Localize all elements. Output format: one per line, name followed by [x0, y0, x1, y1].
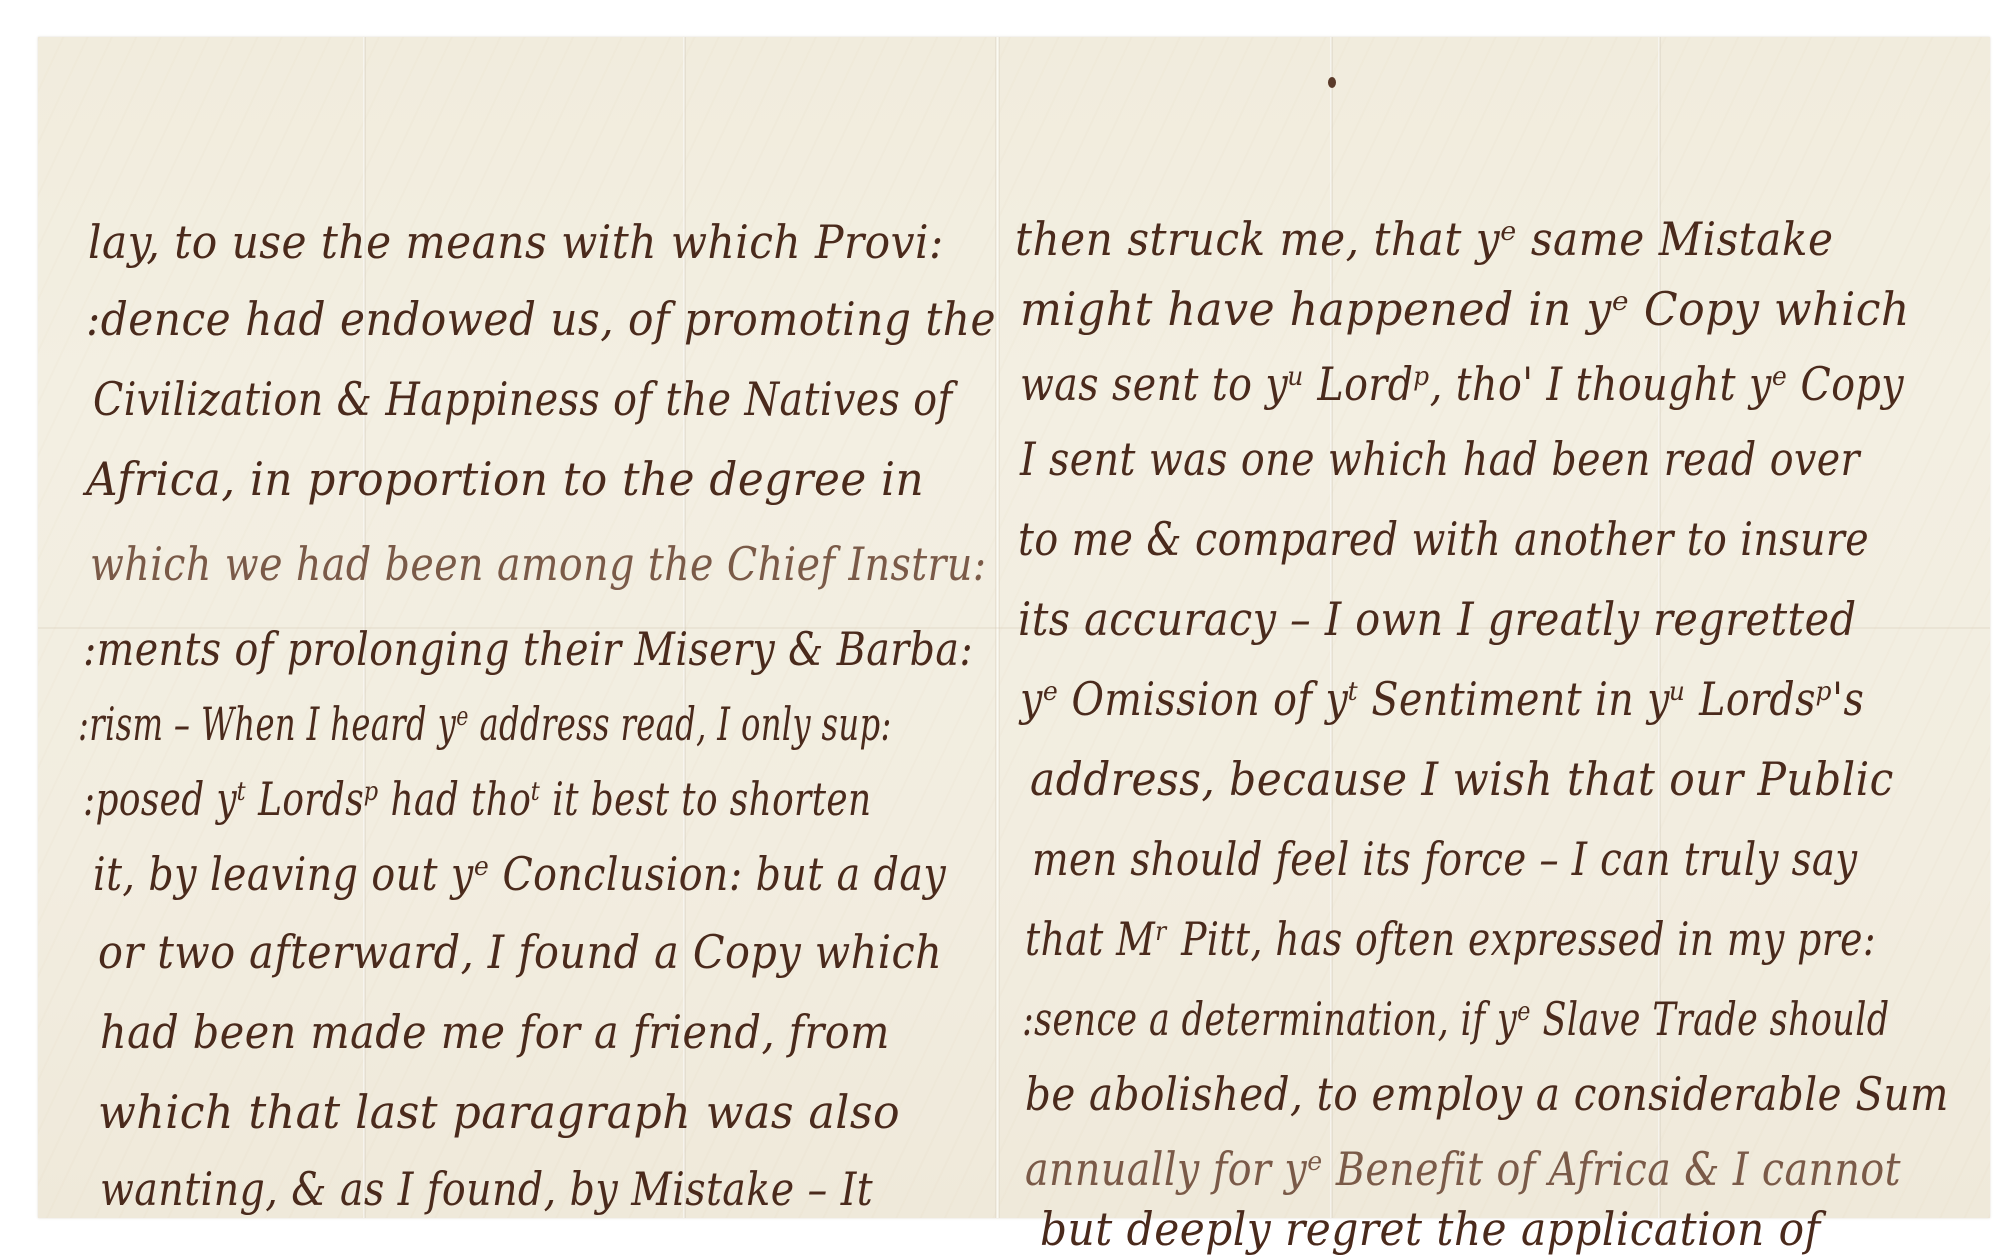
- text-line: wanting, & as I found, by Mistake – It: [100, 1162, 873, 1216]
- right-page: then struck me, that yᵉ same Mistake mig…: [1000, 37, 1990, 1218]
- text-line: I sent was one which had been read over: [1020, 432, 1860, 486]
- text-line: Civilization & Happiness of the Natives …: [93, 372, 953, 426]
- text-line: to me & compared with another to insure: [1018, 512, 1869, 566]
- text-line: :posed yᵗ Lordsᵖ had thoᵗ it best to sho…: [83, 772, 872, 826]
- text-line: was sent to yᵘ Lordᵖ, tho' I thought yᵉ …: [1020, 357, 1904, 411]
- text-line: :rism – When I heard yᵉ address read, I …: [78, 697, 892, 751]
- text-line: which that last paragraph was also: [98, 1085, 900, 1139]
- text-line: Africa, in proportion to the degree in: [86, 452, 924, 506]
- text-line: its accuracy – I own I greatly regretted: [1018, 592, 1857, 646]
- text-line: had been made me for a friend, from: [100, 1005, 890, 1059]
- text-line: :ments of prolonging their Misery & Barb…: [83, 622, 973, 676]
- text-line: lay, to use the means with which Provi:: [88, 215, 944, 269]
- text-line: might have happened in yᵉ Copy which: [1020, 282, 1910, 336]
- letter-sheet: lay, to use the means with which Provi: …: [38, 37, 1990, 1218]
- text-line: then struck me, that yᵉ same Mistake: [1015, 212, 1833, 266]
- text-line: men should feel its force – I can truly …: [1032, 832, 1858, 886]
- text-line: or two afterward, I found a Copy which: [98, 925, 942, 979]
- text-line: which we had been among the Chief Instru…: [90, 537, 987, 591]
- text-line: address, because I wish that our Public: [1030, 752, 1894, 806]
- left-page: lay, to use the means with which Provi: …: [38, 37, 995, 1218]
- text-line: :sence a determination, if yᵉ Slave Trad…: [1022, 992, 1890, 1046]
- text-line: be abolished, to employ a considerable S…: [1025, 1067, 1949, 1121]
- text-line: but deeply regret the application of: [1040, 1202, 1821, 1255]
- text-line: yᵉ Omission of yᵗ Sentiment in yᵘ Lordsᵖ…: [1020, 672, 1864, 726]
- text-line: that Mʳ Pitt, has often expressed in my …: [1025, 912, 1876, 966]
- text-line: :dence had endowed us, of promoting the: [86, 292, 996, 346]
- text-line: annually for yᵉ Benefit of Africa & I ca…: [1025, 1142, 1901, 1196]
- text-line: it, by leaving out yᵉ Conclusion: but a …: [93, 847, 946, 901]
